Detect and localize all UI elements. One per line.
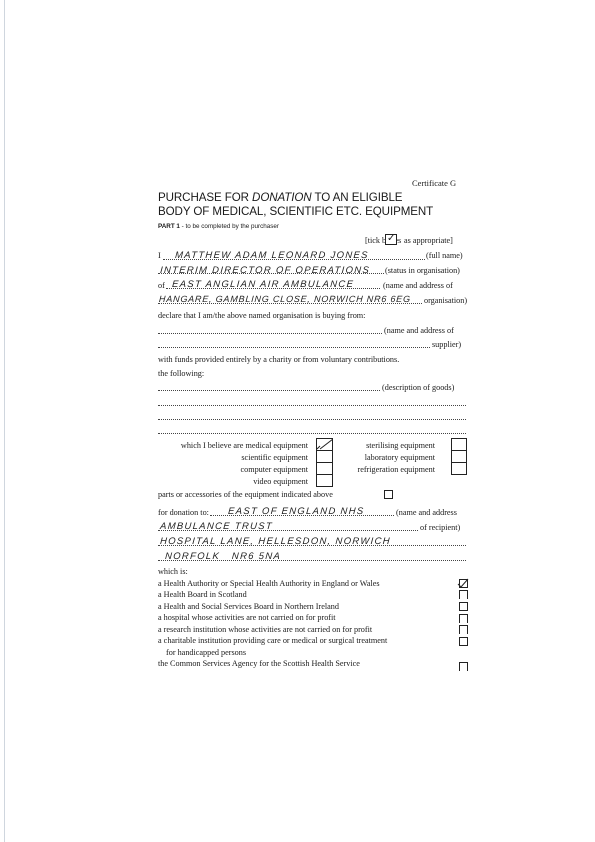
title-text: PURCHASE FOR (158, 191, 252, 204)
option-hssb-ni-label: a Health and Social Services Board in No… (158, 601, 387, 613)
equipment-right-labels: sterilising equipment laboratory equipme… (335, 440, 435, 476)
parts-label: parts or accessories of the equipment in… (158, 490, 333, 499)
tick-hint-post: as appropriate] (404, 236, 453, 245)
goods-line-3[interactable] (158, 419, 466, 420)
option-hospital-label: a hospital whose activities are not carr… (158, 612, 387, 624)
option-health-authority-label: a Health Authority or Special Health Aut… (158, 578, 387, 590)
supplier-line-2[interactable] (158, 347, 430, 348)
goods-label: (description of goods) (382, 383, 454, 392)
health-authority-checkbox[interactable] (459, 579, 468, 588)
option-charitable-label: a charitable institution providing care … (158, 635, 387, 647)
goods-line-1[interactable] (158, 390, 380, 391)
charitable-checkbox[interactable] (459, 637, 468, 646)
hospital-checkbox[interactable] (459, 614, 468, 623)
buying-from-text: declare that I am/the above named organi… (158, 311, 365, 320)
which-is-list: which is: a Health Authority or Special … (158, 566, 387, 670)
status-label: (status in organisation) (385, 266, 460, 275)
refrigeration-equipment-checkbox[interactable] (451, 462, 467, 475)
part-label: PART 1 (158, 223, 180, 230)
scientific-equipment-label: scientific equipment (158, 452, 308, 464)
option-common-services-label: the Common Services Agency for the Scott… (158, 658, 387, 670)
goods-line-4[interactable] (158, 433, 466, 434)
following-text: the following: (158, 369, 204, 378)
checkmark-icon: ✓ (387, 234, 395, 244)
supplier-label-2: supplier) (432, 340, 461, 349)
form-title-line-1: PURCHASE FOR DONATION TO AN ELIGIBLE (158, 191, 402, 204)
equipment-row: which I believe are medical equipment (158, 440, 308, 452)
parts-checkbox[interactable] (384, 490, 393, 499)
part-instruction: - to be completed by the purchaser (180, 223, 279, 230)
common-services-checkbox[interactable] (459, 662, 468, 671)
video-equipment-checkbox[interactable] (316, 474, 333, 487)
option-health-board-scotland-label: a Health Board in Scotland (158, 589, 387, 601)
equipment-intro: which I believe are (181, 441, 244, 450)
equipment-left-labels: which I believe are medical equipment sc… (158, 440, 308, 488)
certificate-label: Certificate G (412, 178, 456, 188)
recipient-address-2-field[interactable]: NORFOLK NR6 5NA (165, 546, 281, 564)
option-charitable-cont: for handicapped persons (158, 647, 387, 659)
hssb-ni-checkbox[interactable] (459, 602, 468, 611)
health-board-scotland-checkbox[interactable] (459, 590, 468, 599)
org-label-2: organisation) (424, 296, 467, 305)
supplier-line-1[interactable] (158, 333, 382, 334)
scan-edge-line (4, 0, 5, 842)
title-emphasis: DONATION (252, 191, 312, 204)
video-equipment-label: video equipment (158, 476, 308, 488)
laboratory-equipment-label: laboratory equipment (335, 452, 435, 464)
medical-equipment-label: medical equipment (245, 441, 308, 450)
goods-line-2[interactable] (158, 405, 466, 406)
recipient-address-2-value: NORFOLK NR6 5NA (165, 551, 282, 562)
recipient-label-2: of recipient) (420, 523, 460, 532)
which-is-heading: which is: (158, 566, 387, 578)
research-checkbox[interactable] (459, 625, 468, 634)
supplier-label-1: (name and address of (384, 326, 454, 335)
refrigeration-equipment-label: refrigeration equipment (335, 464, 435, 476)
tick-hint-box: ✓ (385, 234, 397, 245)
computer-equipment-label: computer equipment (158, 464, 308, 476)
title-text: TO AN ELIGIBLE (312, 191, 403, 204)
org-address-value: HANGARE, GAMBLING CLOSE, NORWICH NR6 6EG (159, 294, 412, 304)
recipient-label-1: (name and address (396, 508, 457, 517)
funds-text: with funds provided entirely by a charit… (158, 355, 399, 364)
org-address-field[interactable]: HANGARE, GAMBLING CLOSE, NORWICH NR6 6EG (159, 289, 411, 307)
option-research-label: a research institution whose activities … (158, 624, 387, 636)
i-prefix: I (158, 251, 161, 260)
sterilising-equipment-label: sterilising equipment (335, 440, 435, 452)
full-name-label: (full name) (426, 251, 463, 260)
part-heading: PART 1 - to be completed by the purchase… (158, 223, 279, 230)
checkmark-icon (457, 578, 469, 590)
form-title-line-2: BODY OF MEDICAL, SCIENTIFIC ETC. EQUIPME… (158, 205, 433, 218)
